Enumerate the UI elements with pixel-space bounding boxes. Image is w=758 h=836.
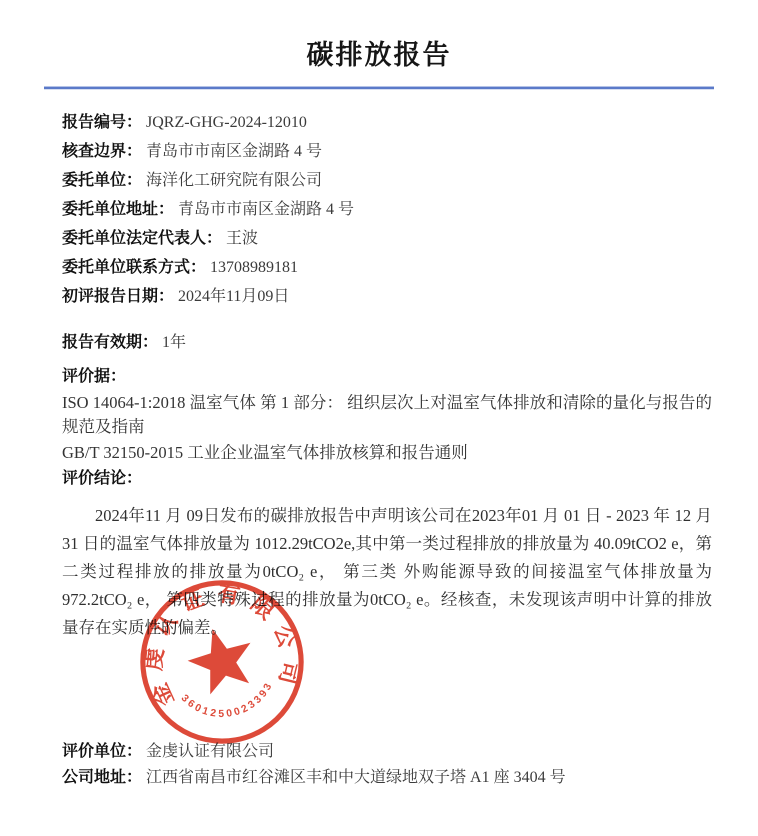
report-page: 碳排放报告 报告编号：JQRZ-GHG-2024-12010 核查边界：青岛市市… [0,0,758,836]
field-row-contact: 委托单位联系方式：13708989181 [62,258,712,278]
field-row-evaluating-unit: 评价单位：金虔认证有限公司 [62,742,712,762]
field-value: 青岛市市南区金湖路 4 号 [142,143,322,160]
field-row-initial-report-date: 初评报告日期：2024年11月09日 [62,287,712,307]
criteria-line-iso: ISO 14064-1:2018 温室气体 第 1 部分： 组织层次上对温室气体… [62,391,712,439]
field-value: JQRZ-GHG-2024-12010 [142,114,307,131]
field-row-client-address: 委托单位地址：青岛市市南区金湖路 4 号 [62,200,712,220]
field-value: 青岛市市南区金湖路 4 号 [174,201,354,218]
field-value: 金虔认证有限公司 [142,743,274,760]
field-label: 公司地址： [62,769,142,786]
field-label: 报告编号： [62,114,142,131]
field-label: 委托单位联系方式： [62,259,206,276]
field-value: 王波 [222,230,258,247]
field-label: 报告有效期： [62,334,158,351]
field-row-validity: 报告有效期：1年 [62,333,712,353]
field-label: 委托单位地址： [62,201,174,218]
field-row-client: 委托单位：海洋化工研究院有限公司 [62,171,712,191]
report-body: 报告编号：JQRZ-GHG-2024-12010 核查边界：青岛市市南区金湖路 … [0,89,758,788]
criteria-line-gbt: GB/T 32150-2015 工业企业温室气体排放核算和报告通则 [62,441,712,465]
field-row-report-number: 报告编号：JQRZ-GHG-2024-12010 [62,113,712,133]
field-value: 海洋化工研究院有限公司 [142,172,322,189]
field-label: 委托单位法定代表人： [62,230,222,247]
conclusion-heading: 评价结论： [62,469,712,489]
report-info-fields: 报告编号：JQRZ-GHG-2024-12010 核查边界：青岛市市南区金湖路 … [62,113,712,307]
field-value: 2024年11月09日 [174,288,289,305]
field-label: 评价单位： [62,743,142,760]
field-row-verification-boundary: 核查边界：青岛市市南区金湖路 4 号 [62,142,712,162]
field-row-legal-representative: 委托单位法定代表人：王波 [62,229,712,249]
page-title: 碳排放报告 [0,0,758,72]
field-label: 委托单位： [62,172,142,189]
field-value: 13708989181 [206,259,298,276]
field-label: 核查边界： [62,143,142,160]
criteria-heading: 评价据： [62,367,712,387]
field-value: 江西省南昌市红谷滩区丰和中大道绿地双子塔 A1 座 3404 号 [142,769,566,786]
field-label: 初评报告日期： [62,288,174,305]
field-row-company-address: 公司地址：江西省南昌市红谷滩区丰和中大道绿地双子塔 A1 座 3404 号 [62,768,712,788]
issuer-block: 评价单位：金虔认证有限公司 公司地址：江西省南昌市红谷滩区丰和中大道绿地双子塔 … [62,742,712,788]
conclusion-paragraph: 2024年11 月 09日发布的碳排放报告中声明该公司在2023年01 月 01… [62,502,712,642]
field-value: 1年 [158,334,186,351]
